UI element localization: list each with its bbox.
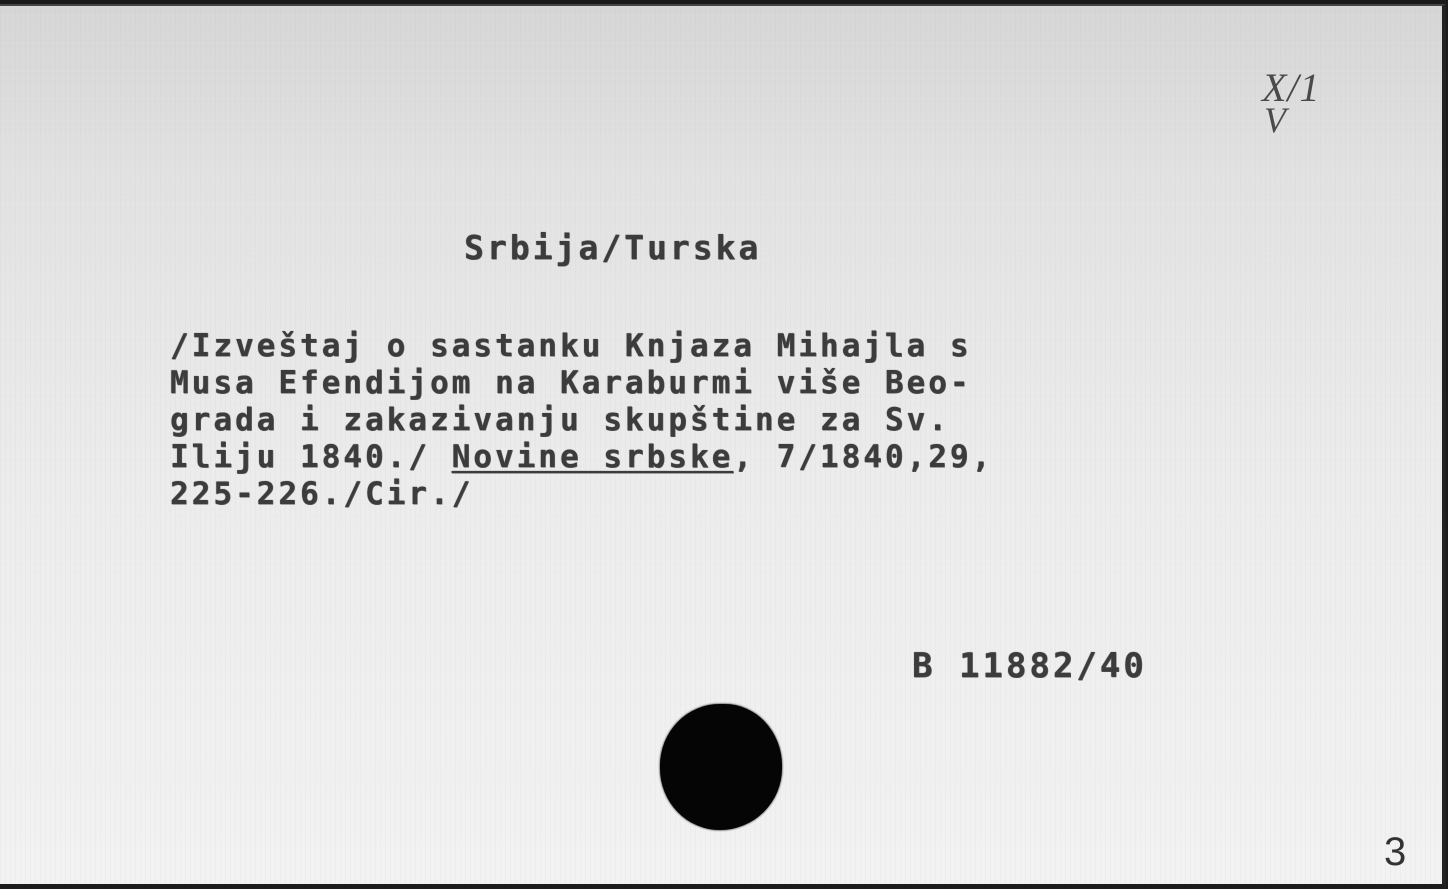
entry-line-4-prefix: Iliju 1840./ <box>170 439 452 475</box>
entry-line-3: grada i zakazivanju skupštine za Sv. <box>170 402 950 438</box>
call-number: B 11882/40 <box>912 646 1147 686</box>
source-title: Novine srbske <box>452 439 734 475</box>
entry-line-5: 225-226./Cir./ <box>170 476 473 512</box>
subject-heading: Srbija/Turska <box>464 228 761 267</box>
entry-line-1: /Izveštaj o sastanku Knjaza Mihajla s <box>170 328 972 364</box>
page-number: 3 <box>1384 830 1406 875</box>
corner-classification-mark: X/1 V <box>1262 68 1321 138</box>
catalog-card: X/1 V Srbija/Turska /Izveštaj o sastanku… <box>0 4 1446 888</box>
punch-hole <box>660 704 782 830</box>
entry-line-4: Iliju 1840./ Novine srbske, 7/1840,29, <box>170 439 993 475</box>
entry-line-2: Musa Efendijom na Karaburmi više Beo- <box>170 365 972 401</box>
entry-description: /Izveštaj o sastanku Knjaza Mihajla s Mu… <box>170 328 993 513</box>
entry-line-4-suffix: , 7/1840,29, <box>733 439 993 475</box>
